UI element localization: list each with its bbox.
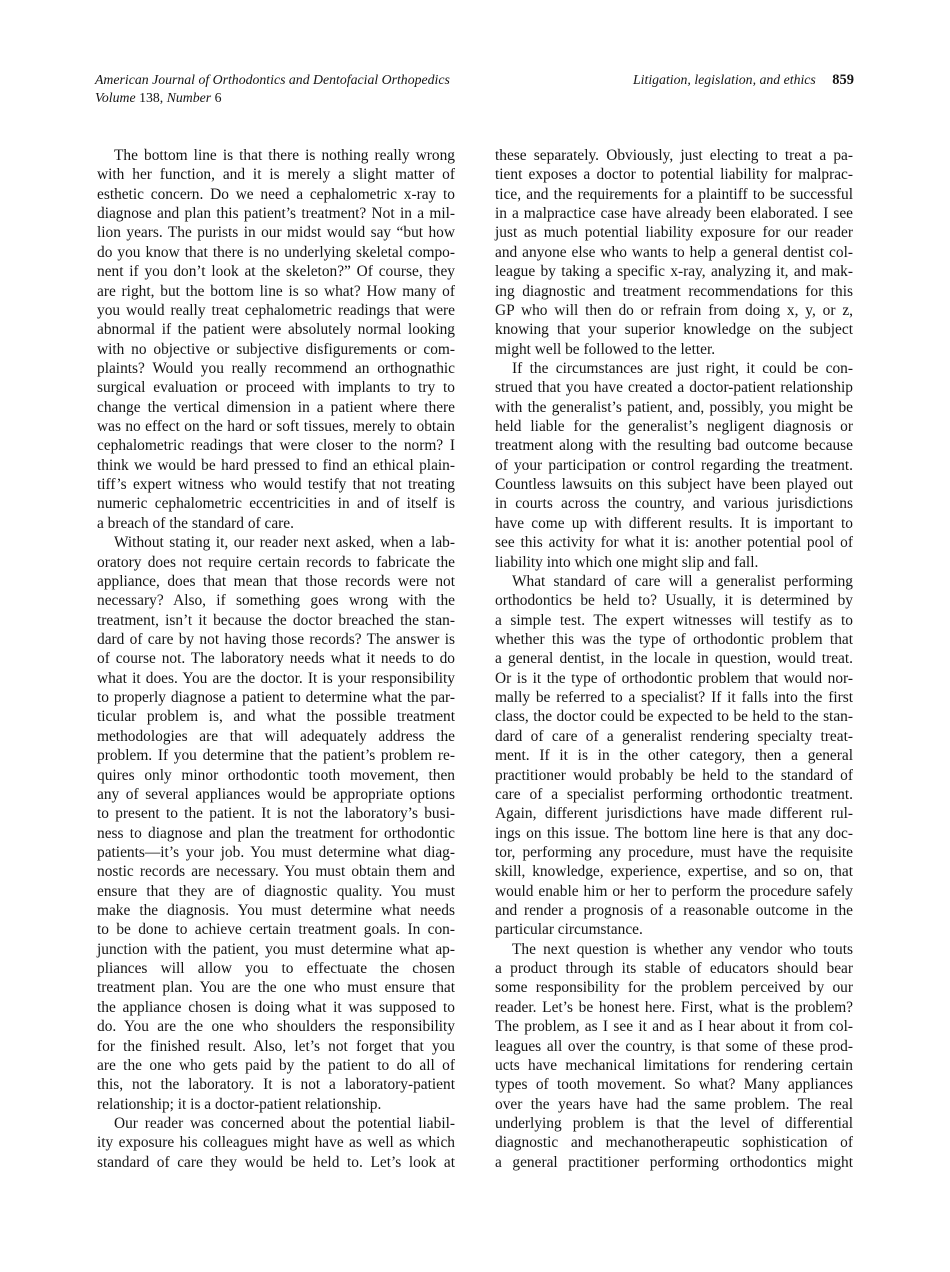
text-line: these separately. Obviously, just electi… bbox=[495, 146, 853, 165]
text-line: orthodontics be held to? Usually, it is … bbox=[495, 591, 853, 610]
text-line: treatment, isn’t it because the doctor b… bbox=[97, 611, 455, 630]
text-line: held liable for the generalist’s neglige… bbox=[495, 417, 853, 436]
paragraph: these separately. Obviously, just electi… bbox=[495, 146, 853, 359]
text-line: problem. If you determine that the patie… bbox=[97, 746, 455, 765]
text-line: particular circumstance. bbox=[495, 920, 853, 939]
text-line: ucts have mechanical limitations for ren… bbox=[495, 1056, 853, 1075]
text-line: necessary? Also, if something goes wrong… bbox=[97, 591, 455, 610]
text-line: dard of care of a generalist rendering s… bbox=[495, 727, 853, 746]
text-line: have come up with different results. It … bbox=[495, 514, 853, 533]
text-line: tor, performing any procedure, must have… bbox=[495, 843, 853, 862]
text-line: might well be followed to the letter. bbox=[495, 340, 853, 359]
text-line: to present to the patient. It is not the… bbox=[97, 804, 455, 823]
text-line: relationship; it is a doctor-patient rel… bbox=[97, 1095, 455, 1114]
text-line: in a malpractice case have already been … bbox=[495, 204, 853, 223]
text-line: junction with the patient, you must dete… bbox=[97, 940, 455, 959]
text-line: a breach of the standard of care. bbox=[97, 514, 455, 533]
text-line: treatment plan. You are the one who must… bbox=[97, 978, 455, 997]
text-line: reader. Let’s be honest here. First, wha… bbox=[495, 998, 853, 1017]
journal-masthead: American Journal of Orthodontics and Den… bbox=[95, 71, 450, 107]
text-line: Our reader was concerned about the poten… bbox=[97, 1114, 455, 1133]
paragraph: What standard of care will a generalist … bbox=[495, 572, 853, 940]
column-right: these separately. Obviously, just electi… bbox=[495, 146, 853, 1172]
text-line: for the finished result. Also, let’s not… bbox=[97, 1037, 455, 1056]
text-line: plaints? Would you really recommend an o… bbox=[97, 359, 455, 378]
text-line: leagues all over the country, is that so… bbox=[495, 1037, 853, 1056]
text-line: liability into which one might slip and … bbox=[495, 553, 853, 572]
text-line: appliance, does that mean that those rec… bbox=[97, 572, 455, 591]
text-line: to be done to achieve certain treatment … bbox=[97, 920, 455, 939]
text-line: abnormal if the patient were absolutely … bbox=[97, 320, 455, 339]
text-line: nent if you don’t look at the skeleton?”… bbox=[97, 262, 455, 281]
text-line: ings on this issue. The bottom line here… bbox=[495, 824, 853, 843]
text-line: standard of care they would be held to. … bbox=[97, 1153, 455, 1172]
text-line: cephalometric readings that were closer … bbox=[97, 436, 455, 455]
text-line: of course not. The laboratory needs what… bbox=[97, 649, 455, 668]
text-line: care of a specialist performing orthodon… bbox=[495, 785, 853, 804]
text-line: treatment along with the resulting bad o… bbox=[495, 436, 853, 455]
text-line: skill, knowledge, experience, expertise,… bbox=[495, 862, 853, 881]
text-line: in courts across the country, and variou… bbox=[495, 494, 853, 513]
text-line: ment. If it is in the other category, th… bbox=[495, 746, 853, 765]
text-line: surgical evaluation or proceed with impl… bbox=[97, 378, 455, 397]
text-line: with her function, and it is merely a sl… bbox=[97, 165, 455, 184]
text-line: ticular problem is, and what the possibl… bbox=[97, 707, 455, 726]
text-line: think we would be hard pressed to find a… bbox=[97, 456, 455, 475]
text-line: make the diagnosis. You must determine w… bbox=[97, 901, 455, 920]
text-line: knowing that your superior knowledge on … bbox=[495, 320, 853, 339]
text-line: would enable him or her to perform the p… bbox=[495, 882, 853, 901]
text-line: If the circumstances are just right, it … bbox=[495, 359, 853, 378]
text-line: what it does. You are the doctor. It is … bbox=[97, 669, 455, 688]
text-line: just as much potential liability exposur… bbox=[495, 223, 853, 242]
text-line: you would really treat cephalometric rea… bbox=[97, 301, 455, 320]
text-line: pliances will allow you to effectuate th… bbox=[97, 959, 455, 978]
text-line: ensure that they are of diagnostic quali… bbox=[97, 882, 455, 901]
text-line: any of several appliances would be appro… bbox=[97, 785, 455, 804]
text-line: are right, but the bottom line is so wha… bbox=[97, 282, 455, 301]
text-line: underlying problem is that the level of … bbox=[495, 1114, 853, 1133]
text-line: The next question is whether any vendor … bbox=[495, 940, 853, 959]
text-line: was no effect on the hard or soft tissue… bbox=[97, 417, 455, 436]
text-line: the appliance chosen is doing what it wa… bbox=[97, 998, 455, 1017]
text-line: see this activity for what it is: anothe… bbox=[495, 533, 853, 552]
text-line: Again, different jurisdictions have made… bbox=[495, 804, 853, 823]
text-line: quires only minor orthodontic tooth move… bbox=[97, 766, 455, 785]
text-line: diagnose and plan this patient’s treatme… bbox=[97, 204, 455, 223]
paragraph: The next question is whether any vendor … bbox=[495, 940, 853, 1172]
text-line: of your participation or control regardi… bbox=[495, 456, 853, 475]
text-line: ity exposure his colleagues might have a… bbox=[97, 1133, 455, 1152]
text-line: a general practitioner performing orthod… bbox=[495, 1153, 853, 1172]
text-line: oratory does not require certain records… bbox=[97, 553, 455, 572]
section-title: Litigation, legislation, and ethics bbox=[633, 72, 816, 87]
text-line: league by taking a specific x-ray, analy… bbox=[495, 262, 853, 281]
text-line: tient exposes a doctor to potential liab… bbox=[495, 165, 853, 184]
paragraph: Without stating it, our reader next aske… bbox=[97, 533, 455, 1114]
running-head: Litigation, legislation, and ethics 859 bbox=[633, 71, 854, 89]
issue-label: Number bbox=[167, 90, 211, 105]
text-line: esthetic concern. Do we need a cephalome… bbox=[97, 185, 455, 204]
text-line: strued that you have created a doctor-pa… bbox=[495, 378, 853, 397]
article-body: The bottom line is that there is nothing… bbox=[97, 146, 853, 1172]
page-number: 859 bbox=[832, 72, 854, 88]
text-line: The problem, as I see it and as I hear a… bbox=[495, 1017, 853, 1036]
page-header: American Journal of Orthodontics and Den… bbox=[95, 71, 854, 107]
text-line: a product through its stable of educator… bbox=[495, 959, 853, 978]
text-line: do you know that there is no underlying … bbox=[97, 243, 455, 262]
text-line: nostic records are necessary. You must o… bbox=[97, 862, 455, 881]
text-line: ing diagnostic and treatment recommendat… bbox=[495, 282, 853, 301]
journal-title: American Journal of Orthodontics and Den… bbox=[95, 71, 450, 89]
text-line: with the generalist’s patient, and, poss… bbox=[495, 398, 853, 417]
column-left: The bottom line is that there is nothing… bbox=[97, 146, 455, 1172]
text-line: lion years. The purists in our midst wou… bbox=[97, 223, 455, 242]
text-line: this, not the laboratory. It is not a la… bbox=[97, 1075, 455, 1094]
text-line: practitioner would probably be held to t… bbox=[495, 766, 853, 785]
text-line: class, the doctor could be expected to b… bbox=[495, 707, 853, 726]
paragraph: If the circumstances are just right, it … bbox=[495, 359, 853, 572]
text-line: over the years have had the same problem… bbox=[495, 1095, 853, 1114]
text-line: Or is it the type of orthodontic problem… bbox=[495, 669, 853, 688]
text-line: What standard of care will a generalist … bbox=[495, 572, 853, 591]
text-line: and anyone else who wants to help a gene… bbox=[495, 243, 853, 262]
volume-label: Volume bbox=[95, 90, 136, 105]
text-line: patients—it’s your job. You must determi… bbox=[97, 843, 455, 862]
text-line: diagnostic and mechanotherapeutic sophis… bbox=[495, 1133, 853, 1152]
text-line: numeric cephalometric eccentricities in … bbox=[97, 494, 455, 513]
text-line: some responsibility for the problem perc… bbox=[495, 978, 853, 997]
paragraph: Our reader was concerned about the poten… bbox=[97, 1114, 455, 1172]
issue-number: 6 bbox=[215, 90, 222, 105]
text-line: The bottom line is that there is nothing… bbox=[97, 146, 455, 165]
text-line: dard of care by not having those records… bbox=[97, 630, 455, 649]
text-line: GP who will then do or refrain from doin… bbox=[495, 301, 853, 320]
paragraph: The bottom line is that there is nothing… bbox=[97, 146, 455, 533]
text-line: types of tooth movement. So what? Many a… bbox=[495, 1075, 853, 1094]
text-line: Countless lawsuits on this subject have … bbox=[495, 475, 853, 494]
text-line: a simple test. The expert witnesses will… bbox=[495, 611, 853, 630]
journal-issue: Volume 138, Number 6 bbox=[95, 89, 450, 107]
text-line: change the vertical dimension in a patie… bbox=[97, 398, 455, 417]
text-line: to properly diagnose a patient to determ… bbox=[97, 688, 455, 707]
text-line: whether this was the type of orthodontic… bbox=[495, 630, 853, 649]
text-line: methodologies are that will adequately a… bbox=[97, 727, 455, 746]
text-line: with no objective or subjective disfigur… bbox=[97, 340, 455, 359]
text-line: mally be referred to a specialist? If it… bbox=[495, 688, 853, 707]
text-line: are the one who gets paid by the patient… bbox=[97, 1056, 455, 1075]
text-line: Without stating it, our reader next aske… bbox=[97, 533, 455, 552]
text-line: and render a prognosis of a reasonable o… bbox=[495, 901, 853, 920]
text-line: a general dentist, in the locale in ques… bbox=[495, 649, 853, 668]
text-line: tice, and the requirements for a plainti… bbox=[495, 185, 853, 204]
text-line: tiff’s expert witness who would testify … bbox=[97, 475, 455, 494]
text-line: do. You are the one who shoulders the re… bbox=[97, 1017, 455, 1036]
volume-number: 138, bbox=[139, 90, 163, 105]
text-line: ness to diagnose and plan the treatment … bbox=[97, 824, 455, 843]
